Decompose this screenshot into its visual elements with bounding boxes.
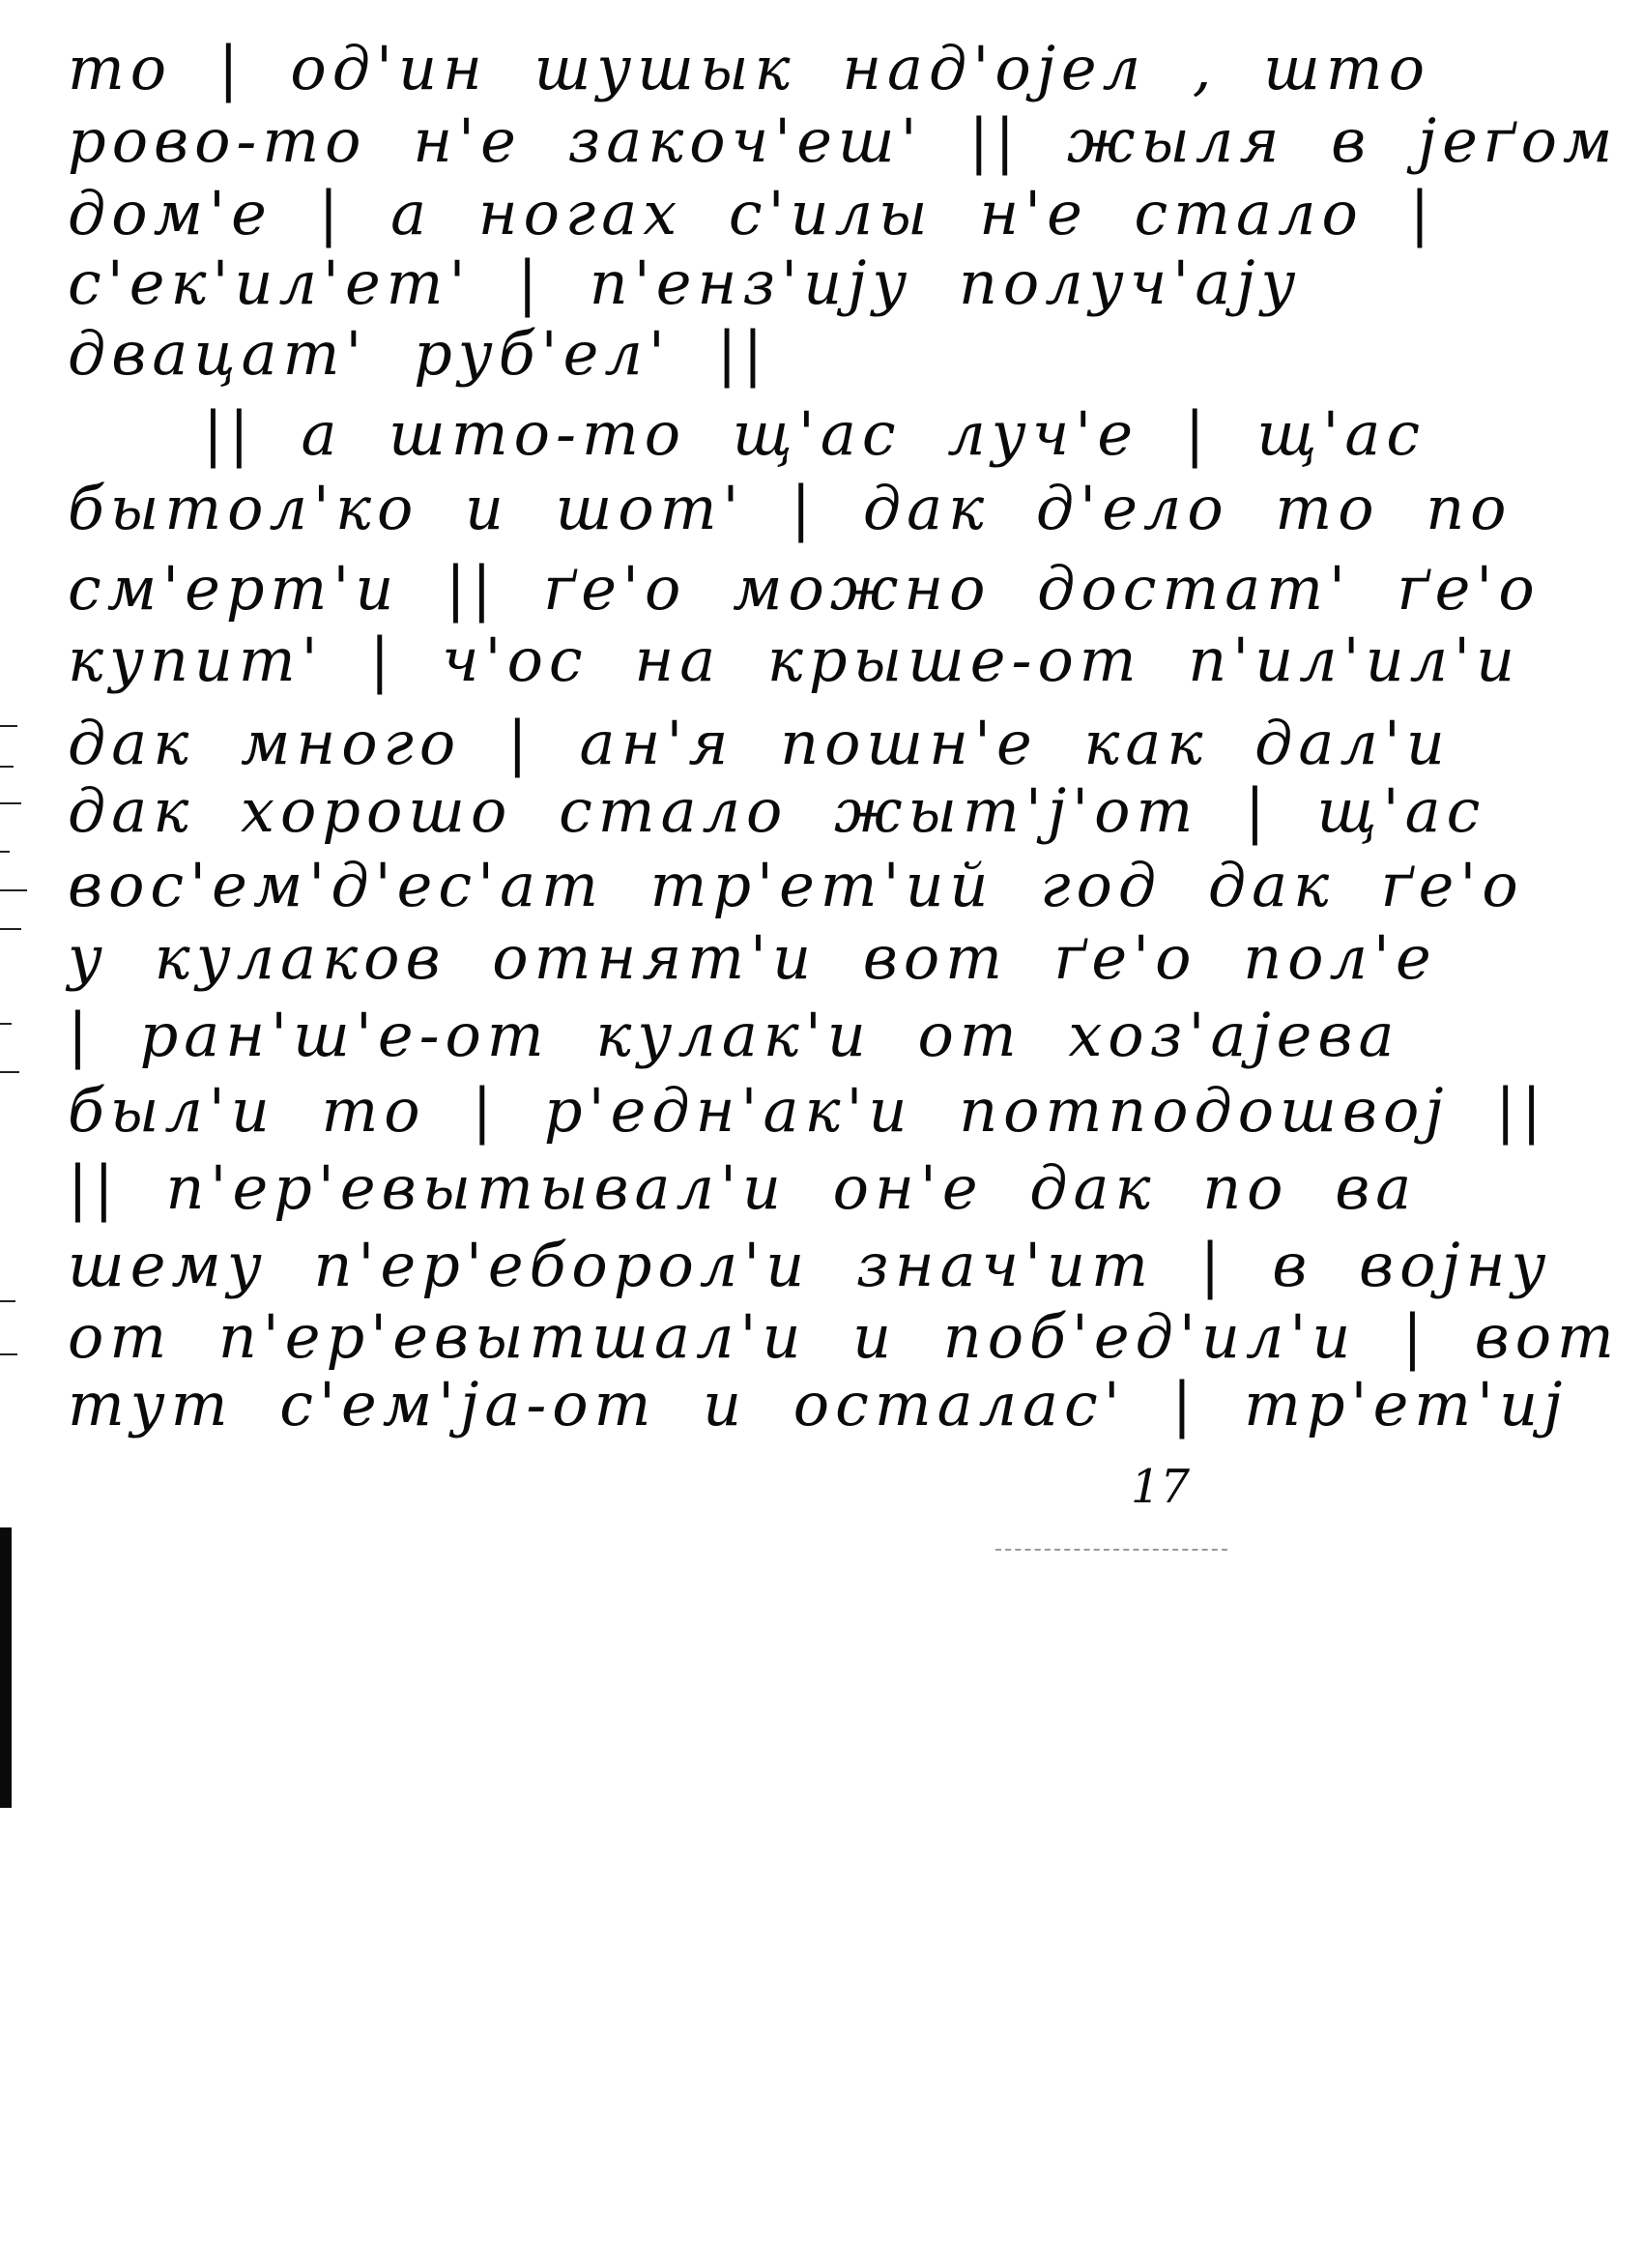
text-line-3: дом'е | а ногах с'илы н'е стало | — [68, 184, 1435, 244]
margin-tick — [0, 725, 17, 727]
margin-tick — [0, 1071, 19, 1073]
margin-tick — [0, 851, 10, 853]
text-line-17: шему п'ер'еборол'и знач'ит | в војну — [68, 1236, 1551, 1295]
page-number: 17 — [1131, 1460, 1190, 1514]
scan-edge-bar — [0, 1527, 12, 1808]
margin-tick — [0, 1300, 15, 1302]
text-line-13: у кулаков отнят'и вот ґе'о пол'е — [68, 928, 1437, 988]
text-line-14: | ран'ш'е-от кулак'и от хоз'ајева — [68, 1005, 1399, 1065]
text-line-6: || а што-то щ'ас луч'е | щ'ас — [203, 404, 1426, 464]
margin-tick — [0, 766, 14, 768]
text-line-12: вос'ем'д'ес'ат тр'ет'ий год дак ґе'о — [68, 856, 1524, 916]
text-line-1: то | од'ин шушык над'ојел , што — [68, 39, 1430, 99]
text-line-10: дак много | ан'я пошн'е как дал'и — [68, 713, 1451, 773]
text-line-9: купит' | ч'ос на крыше-от п'ил'ил'и — [68, 630, 1520, 690]
text-line-8: см'ерт'и || ґе'о можно достат' ґе'о — [68, 559, 1541, 619]
margin-tick — [0, 802, 21, 804]
text-line-7: бытол'ко и шот' | дак д'ело то по — [68, 479, 1513, 538]
text-line-19: тут с'ем'ја-от и осталас' | тр'ет'иј — [68, 1375, 1568, 1435]
margin-tick — [0, 928, 21, 930]
text-line-16: || п'ер'евытывал'и он'е дак по ва — [68, 1158, 1417, 1218]
margin-tick — [0, 889, 27, 891]
text-line-11: дак хорошо стало жыт'ј'от | щ'ас — [68, 781, 1485, 841]
manuscript-page: то | од'ин шушык над'ојел , што рово-то … — [0, 0, 1643, 2268]
text-line-2: рово-то н'е закоч'еш' || жыля в јеґом — [68, 111, 1618, 171]
text-line-15: был'и то | р'едн'ак'и потподошвој || — [68, 1081, 1547, 1141]
margin-tick — [0, 1353, 17, 1355]
margin-tick — [0, 1023, 12, 1025]
scan-dotted-line — [995, 1549, 1227, 1551]
text-line-18: от п'ер'евытшал'и и поб'ед'ил'и | вот — [68, 1307, 1620, 1367]
text-line-5: двацат' руб'ел' || — [68, 324, 768, 384]
text-line-4: с'ек'ил'ет' | п'енз'ију получ'ају — [68, 253, 1301, 313]
